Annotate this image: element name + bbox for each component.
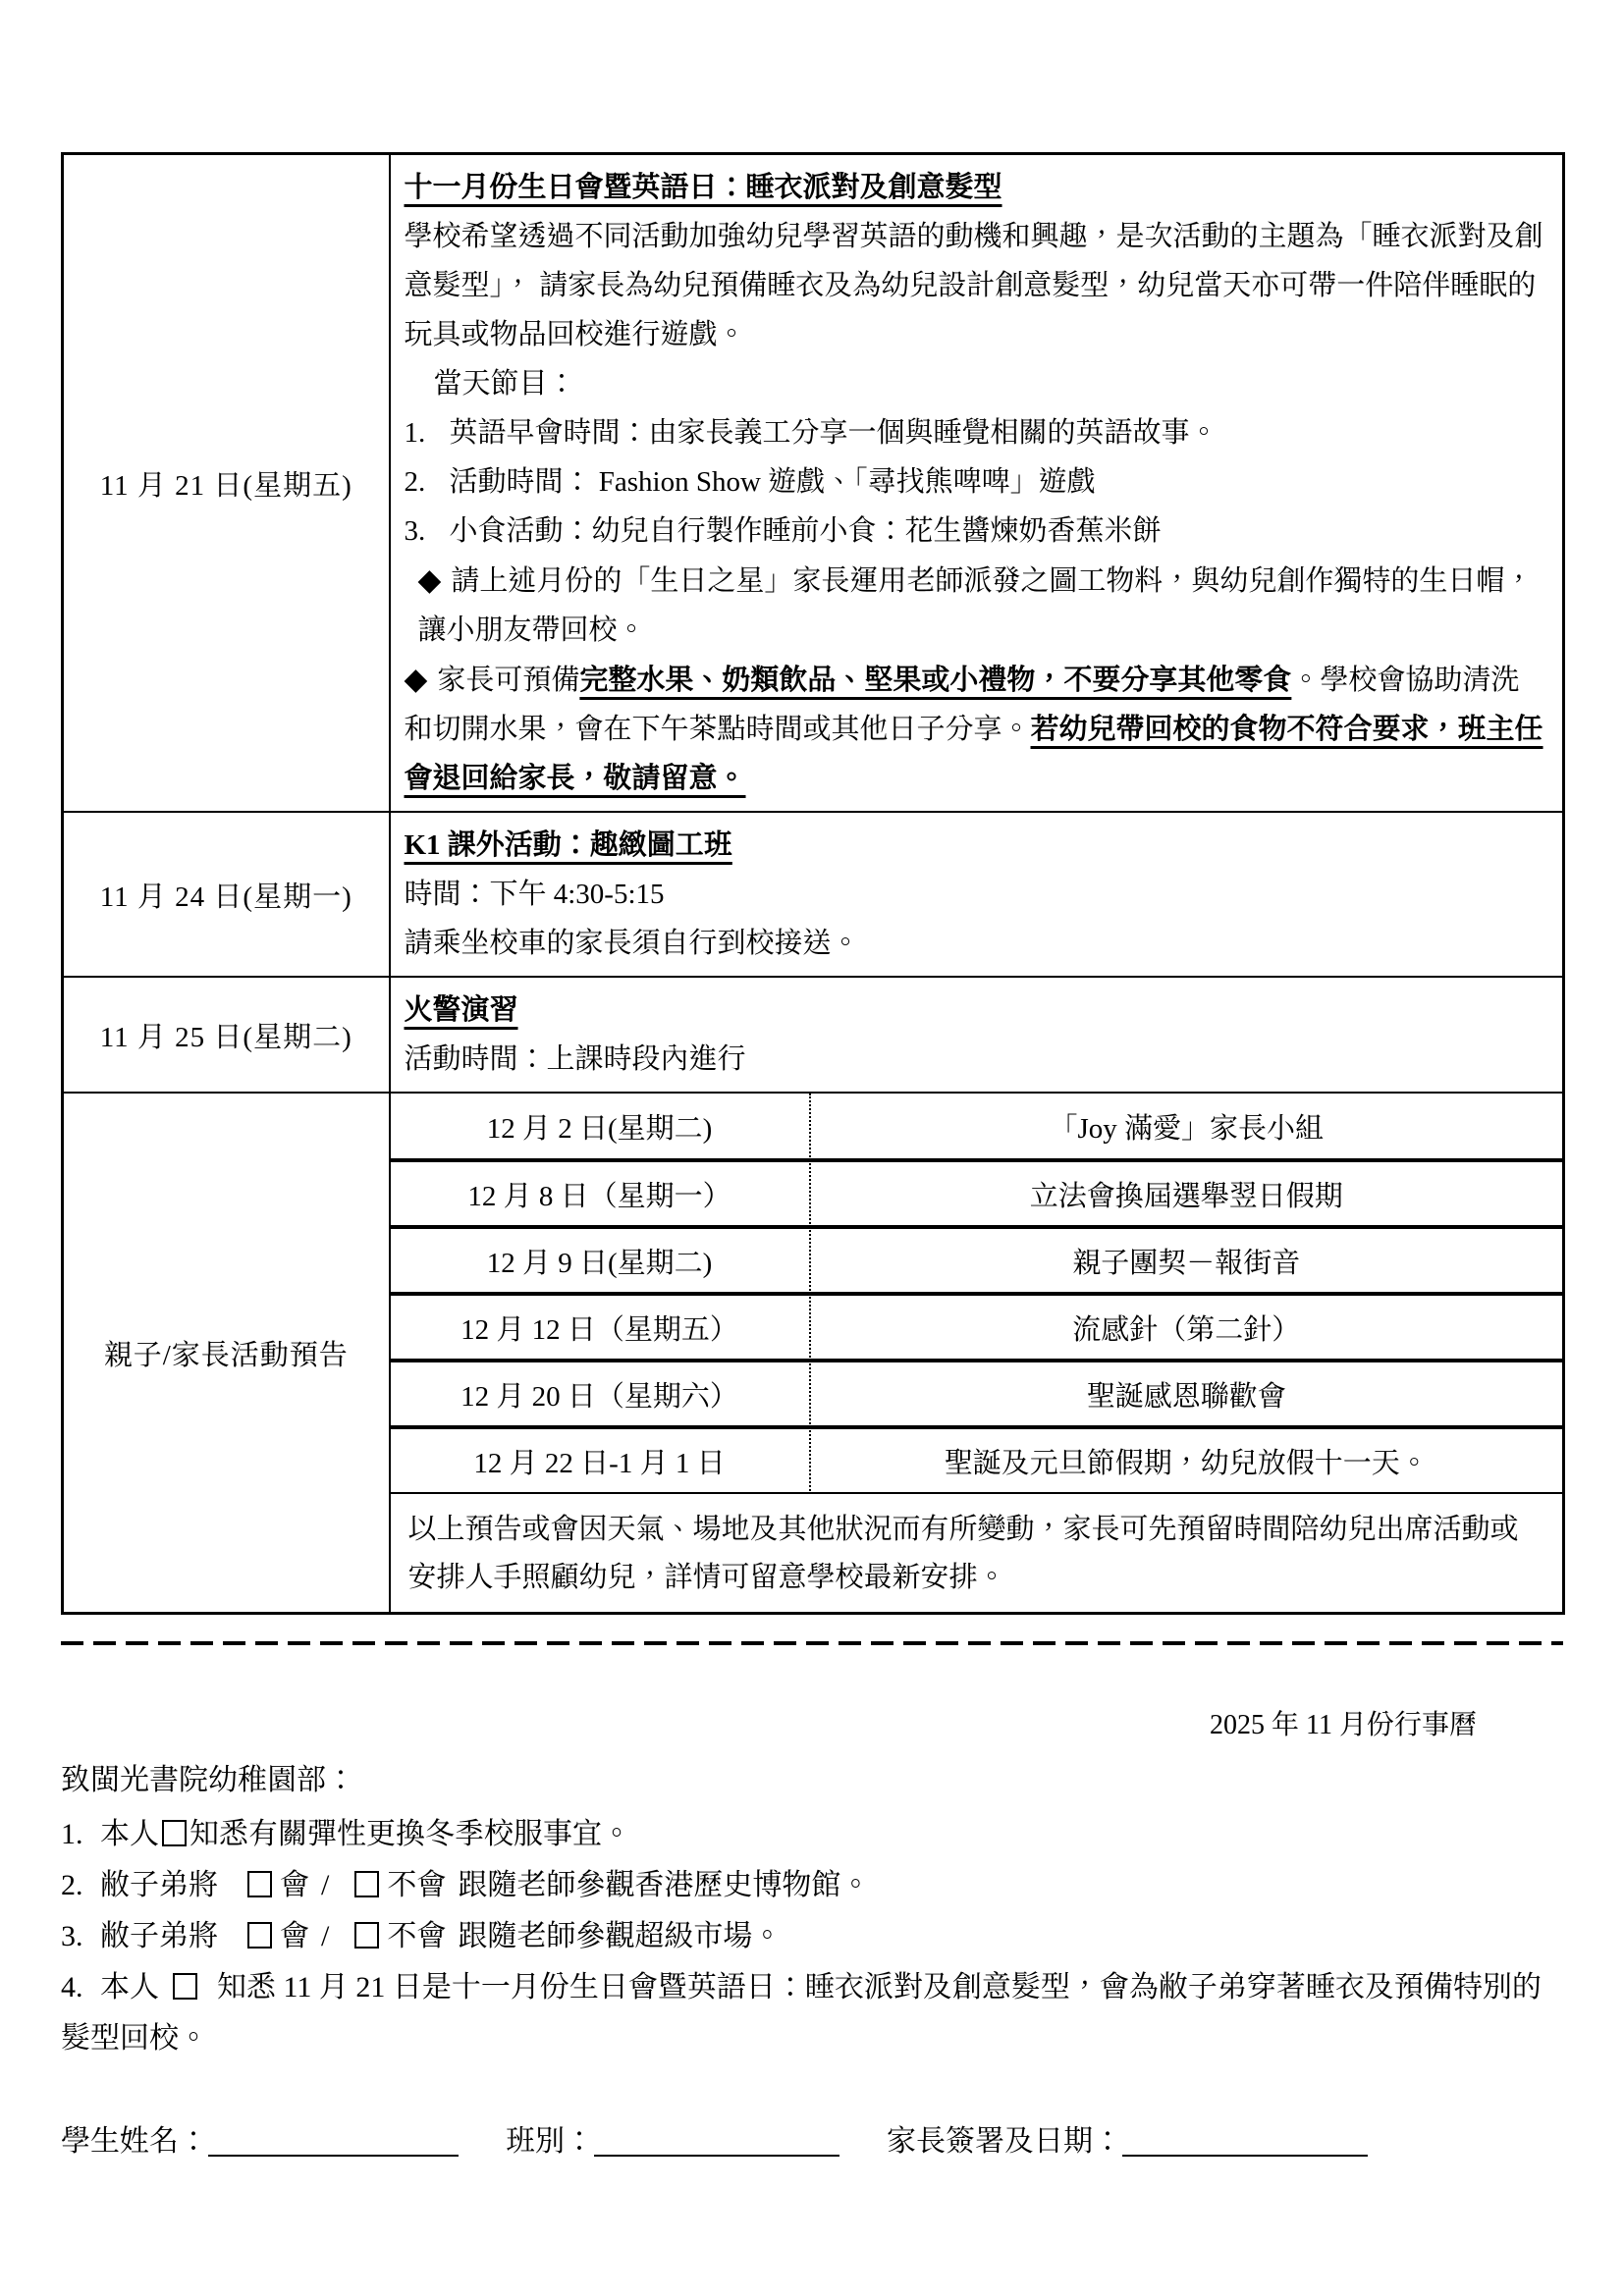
checkbox-icon[interactable]	[247, 1922, 272, 1949]
nested-event-cell: 親子團契－報街音	[811, 1227, 1563, 1294]
item-number: 3.	[405, 507, 450, 556]
item-number: 3.	[61, 1911, 100, 1962]
event-line: 請乘坐校車的家長須自行到校接送。	[405, 919, 1547, 968]
nested-event-cell: 立法會換屆選舉翌日假期	[811, 1160, 1563, 1227]
table-row: 親子/家長活動預告 12 月 2 日(星期二) 「Joy 滿愛」家長小組 12 …	[63, 1093, 1564, 1614]
reply-item: 2.敝子弟將會/不會跟隨老師參觀香港歷史博物館。	[61, 1860, 1567, 1911]
date-cell: 11 月 25 日(星期二)	[63, 977, 390, 1093]
reply-text: 本人	[100, 1818, 159, 1850]
reply-text: 本人	[100, 1971, 159, 2003]
event-cell: K1 課外活動：趣緻圖工班 時間：下午 4:30-5:15 請乘坐校車的家長須自…	[390, 812, 1564, 977]
event-title: K1 課外活動：趣緻圖工班	[405, 821, 1547, 870]
reply-text: 跟隨老師參觀香港歷史博物館。	[458, 1869, 870, 1901]
option-label: 不會	[387, 1920, 446, 1952]
table-row: 11 月 24 日(星期一) K1 課外活動：趣緻圖工班 時間：下午 4:30-…	[63, 812, 1564, 977]
diamond-bullet-icon: ◆	[418, 556, 442, 605]
preview-label: 親子/家長活動預告	[63, 1093, 390, 1614]
schedule-table: 11 月 21 日(星期五) 十一月份生日會暨英語日：睡衣派對及創意髮型 學校希…	[61, 152, 1565, 1615]
table-row: 11 月 25 日(星期二) 火警演習 活動時間：上課時段內進行	[63, 977, 1564, 1093]
item-text: 活動時間： Fashion Show 遊戲、「尋找熊啤啤」遊戲	[450, 466, 1096, 498]
date-cell: 11 月 24 日(星期一)	[63, 812, 390, 977]
item-text: 小食活動：幼兒自行製作睡前小食：花生醬煉奶香蕉米餅	[450, 515, 1162, 547]
reply-item: 1.本人知悉有關彈性更換冬季校服事宜。	[61, 1809, 1567, 1860]
document-page: 11 月 21 日(星期五) 十一月份生日會暨英語日：睡衣派對及創意髮型 學校希…	[0, 0, 1624, 2296]
item-number: 4.	[61, 1962, 100, 2013]
event-cell: 火警演習 活動時間：上課時段內進行	[390, 977, 1564, 1093]
event-intro: 學校希望透過不同活動加強幼兒學習英語的動機和興趣，是次活動的主題為「睡衣派對及創…	[405, 212, 1547, 359]
program-item: 1.英語早會時間：由家長義工分享一個與睡覺相關的英語故事。	[405, 408, 1547, 457]
event-title: 火警演習	[405, 986, 1547, 1035]
reply-text: 敝子弟將	[100, 1869, 218, 1901]
nested-date-cell: 12 月 8 日（星期一）	[391, 1160, 811, 1227]
program-item: 3.小食活動：幼兒自行製作睡前小食：花生醬煉奶香蕉米餅	[405, 507, 1547, 556]
item-number: 2.	[405, 457, 450, 507]
item-number: 1.	[405, 408, 450, 457]
checkbox-icon[interactable]	[173, 1973, 197, 2000]
option-separator: /	[321, 1920, 329, 1952]
checkbox-icon[interactable]	[354, 1871, 379, 1897]
reply-item: 4.本人知悉 11 月 21 日是十一月份生日會暨英語日：睡衣派對及創意髮型，會…	[61, 1962, 1567, 2064]
option-separator: /	[321, 1869, 329, 1901]
parent-signature-blank[interactable]	[1122, 2123, 1368, 2157]
reply-text: 跟隨老師參觀超級市場。	[458, 1920, 782, 1952]
checkbox-icon[interactable]	[354, 1922, 379, 1949]
signature-row: 學生姓名：班別：家長簽署及日期：	[61, 2116, 1567, 2160]
calendar-reference: 2025 年 11 月份行事曆	[1210, 1703, 1477, 1742]
nested-event-cell: 聖誕感恩聯歡會	[811, 1361, 1563, 1427]
class-blank[interactable]	[594, 2123, 839, 2157]
program-item: 2.活動時間： Fashion Show 遊戲、「尋找熊啤啤」遊戲	[405, 457, 1547, 507]
salutation: 致閩光書院幼稚園部：	[61, 1755, 355, 1798]
bullet-note: ◆請上述月份的「生日之星」家長運用老師派發之圖工物料，與幼兒創作獨特的生日帽，讓…	[405, 556, 1547, 655]
nested-event-cell: 聖誕及元旦節假期，幼兒放假十一天。	[811, 1427, 1563, 1494]
event-title: 十一月份生日會暨英語日：睡衣派對及創意髮型	[405, 163, 1547, 212]
table-row: 12 月 20 日（星期六） 聖誕感恩聯歡會	[391, 1361, 1563, 1427]
class-label: 班別：	[506, 2125, 594, 2158]
nested-events-table: 12 月 2 日(星期二) 「Joy 滿愛」家長小組 12 月 8 日（星期一）…	[391, 1094, 1563, 1494]
parent-signature-label: 家長簽署及日期：	[887, 2125, 1122, 2158]
date-cell: 11 月 21 日(星期五)	[63, 154, 390, 813]
table-row: 12 月 9 日(星期二) 親子團契－報街音	[391, 1227, 1563, 1294]
reply-item: 3.敝子弟將會/不會跟隨老師參觀超級市場。	[61, 1911, 1567, 1962]
nested-event-cell: 流感針（第二針）	[811, 1294, 1563, 1361]
nested-date-cell: 12 月 2 日(星期二)	[391, 1094, 811, 1160]
nested-event-cell: 「Joy 滿愛」家長小組	[811, 1094, 1563, 1160]
diamond-bullet-icon: ◆	[405, 655, 428, 704]
table-row: 12 月 22 日-1 月 1 日 聖誕及元旦節假期，幼兒放假十一天。	[391, 1427, 1563, 1494]
bullet-text: 家長可預備	[437, 665, 579, 696]
reply-text: 敝子弟將	[100, 1920, 218, 1952]
student-name-label: 學生姓名：	[61, 2125, 208, 2158]
reply-slip: 1.本人知悉有關彈性更換冬季校服事宜。 2.敝子弟將會/不會跟隨老師參觀香港歷史…	[61, 1809, 1567, 2064]
checkbox-icon[interactable]	[162, 1820, 187, 1846]
option-label: 會	[280, 1869, 309, 1901]
reply-text: 知悉 11 月 21 日是十一月份生日會暨英語日：睡衣派對及創意髮型，會為敝子弟…	[61, 1971, 1542, 2055]
event-line: 活動時間：上課時段內進行	[405, 1035, 1547, 1084]
preview-cell: 12 月 2 日(星期二) 「Joy 滿愛」家長小組 12 月 8 日（星期一）…	[390, 1093, 1564, 1614]
item-text: 英語早會時間：由家長義工分享一個與睡覺相關的英語故事。	[450, 417, 1218, 449]
bullet-text: 請上述月份的「生日之星」家長運用老師派發之圖工物料，與幼兒創作獨特的生日帽，讓小…	[418, 565, 1534, 646]
student-name-blank[interactable]	[208, 2123, 459, 2157]
option-label: 不會	[387, 1869, 446, 1901]
nested-date-cell: 12 月 12 日（星期五）	[391, 1294, 811, 1361]
program-label: 當天節目：	[405, 359, 1547, 408]
reply-text: 知悉有關彈性更換冬季校服事宜。	[189, 1818, 631, 1850]
table-row: 12 月 12 日（星期五） 流感針（第二針）	[391, 1294, 1563, 1361]
bullet-note: ◆家長可預備完整水果、奶類飲品、堅果或小禮物，不要分享其他零食。學校會協助清洗和…	[405, 655, 1547, 803]
item-number: 1.	[61, 1809, 100, 1860]
table-row: 11 月 21 日(星期五) 十一月份生日會暨英語日：睡衣派對及創意髮型 學校希…	[63, 154, 1564, 813]
event-line: 時間：下午 4:30-5:15	[405, 870, 1547, 919]
cut-line	[61, 1641, 1563, 1645]
option-label: 會	[280, 1920, 309, 1952]
preview-note: 以上預告或會因天氣、場地及其他狀況而有所變動，家長可先預留時間陪幼兒出席活動或安…	[391, 1494, 1563, 1612]
event-cell: 十一月份生日會暨英語日：睡衣派對及創意髮型 學校希望透過不同活動加強幼兒學習英語…	[390, 154, 1564, 813]
bullet-text-bold: 完整水果、奶類飲品、堅果或小禮物，不要分享其他零食	[579, 665, 1291, 696]
nested-date-cell: 12 月 20 日（星期六）	[391, 1361, 811, 1427]
item-number: 2.	[61, 1860, 100, 1911]
table-row: 12 月 2 日(星期二) 「Joy 滿愛」家長小組	[391, 1094, 1563, 1160]
nested-date-cell: 12 月 22 日-1 月 1 日	[391, 1427, 811, 1494]
table-row: 12 月 8 日（星期一） 立法會換屆選舉翌日假期	[391, 1160, 1563, 1227]
nested-date-cell: 12 月 9 日(星期二)	[391, 1227, 811, 1294]
checkbox-icon[interactable]	[247, 1871, 272, 1897]
